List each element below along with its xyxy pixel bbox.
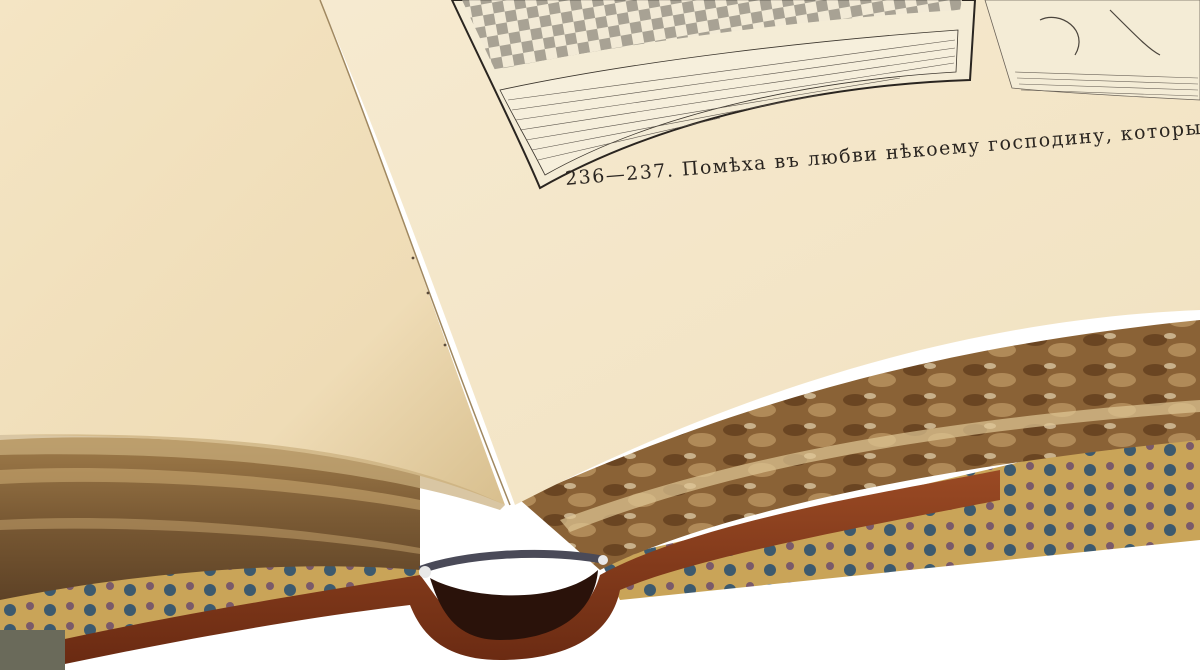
headband-bead-right — [598, 555, 608, 565]
book-photo — [0, 0, 1200, 670]
headband-bead-left — [419, 566, 431, 578]
illustration-right — [985, 0, 1200, 100]
corner-clasp — [0, 630, 65, 670]
